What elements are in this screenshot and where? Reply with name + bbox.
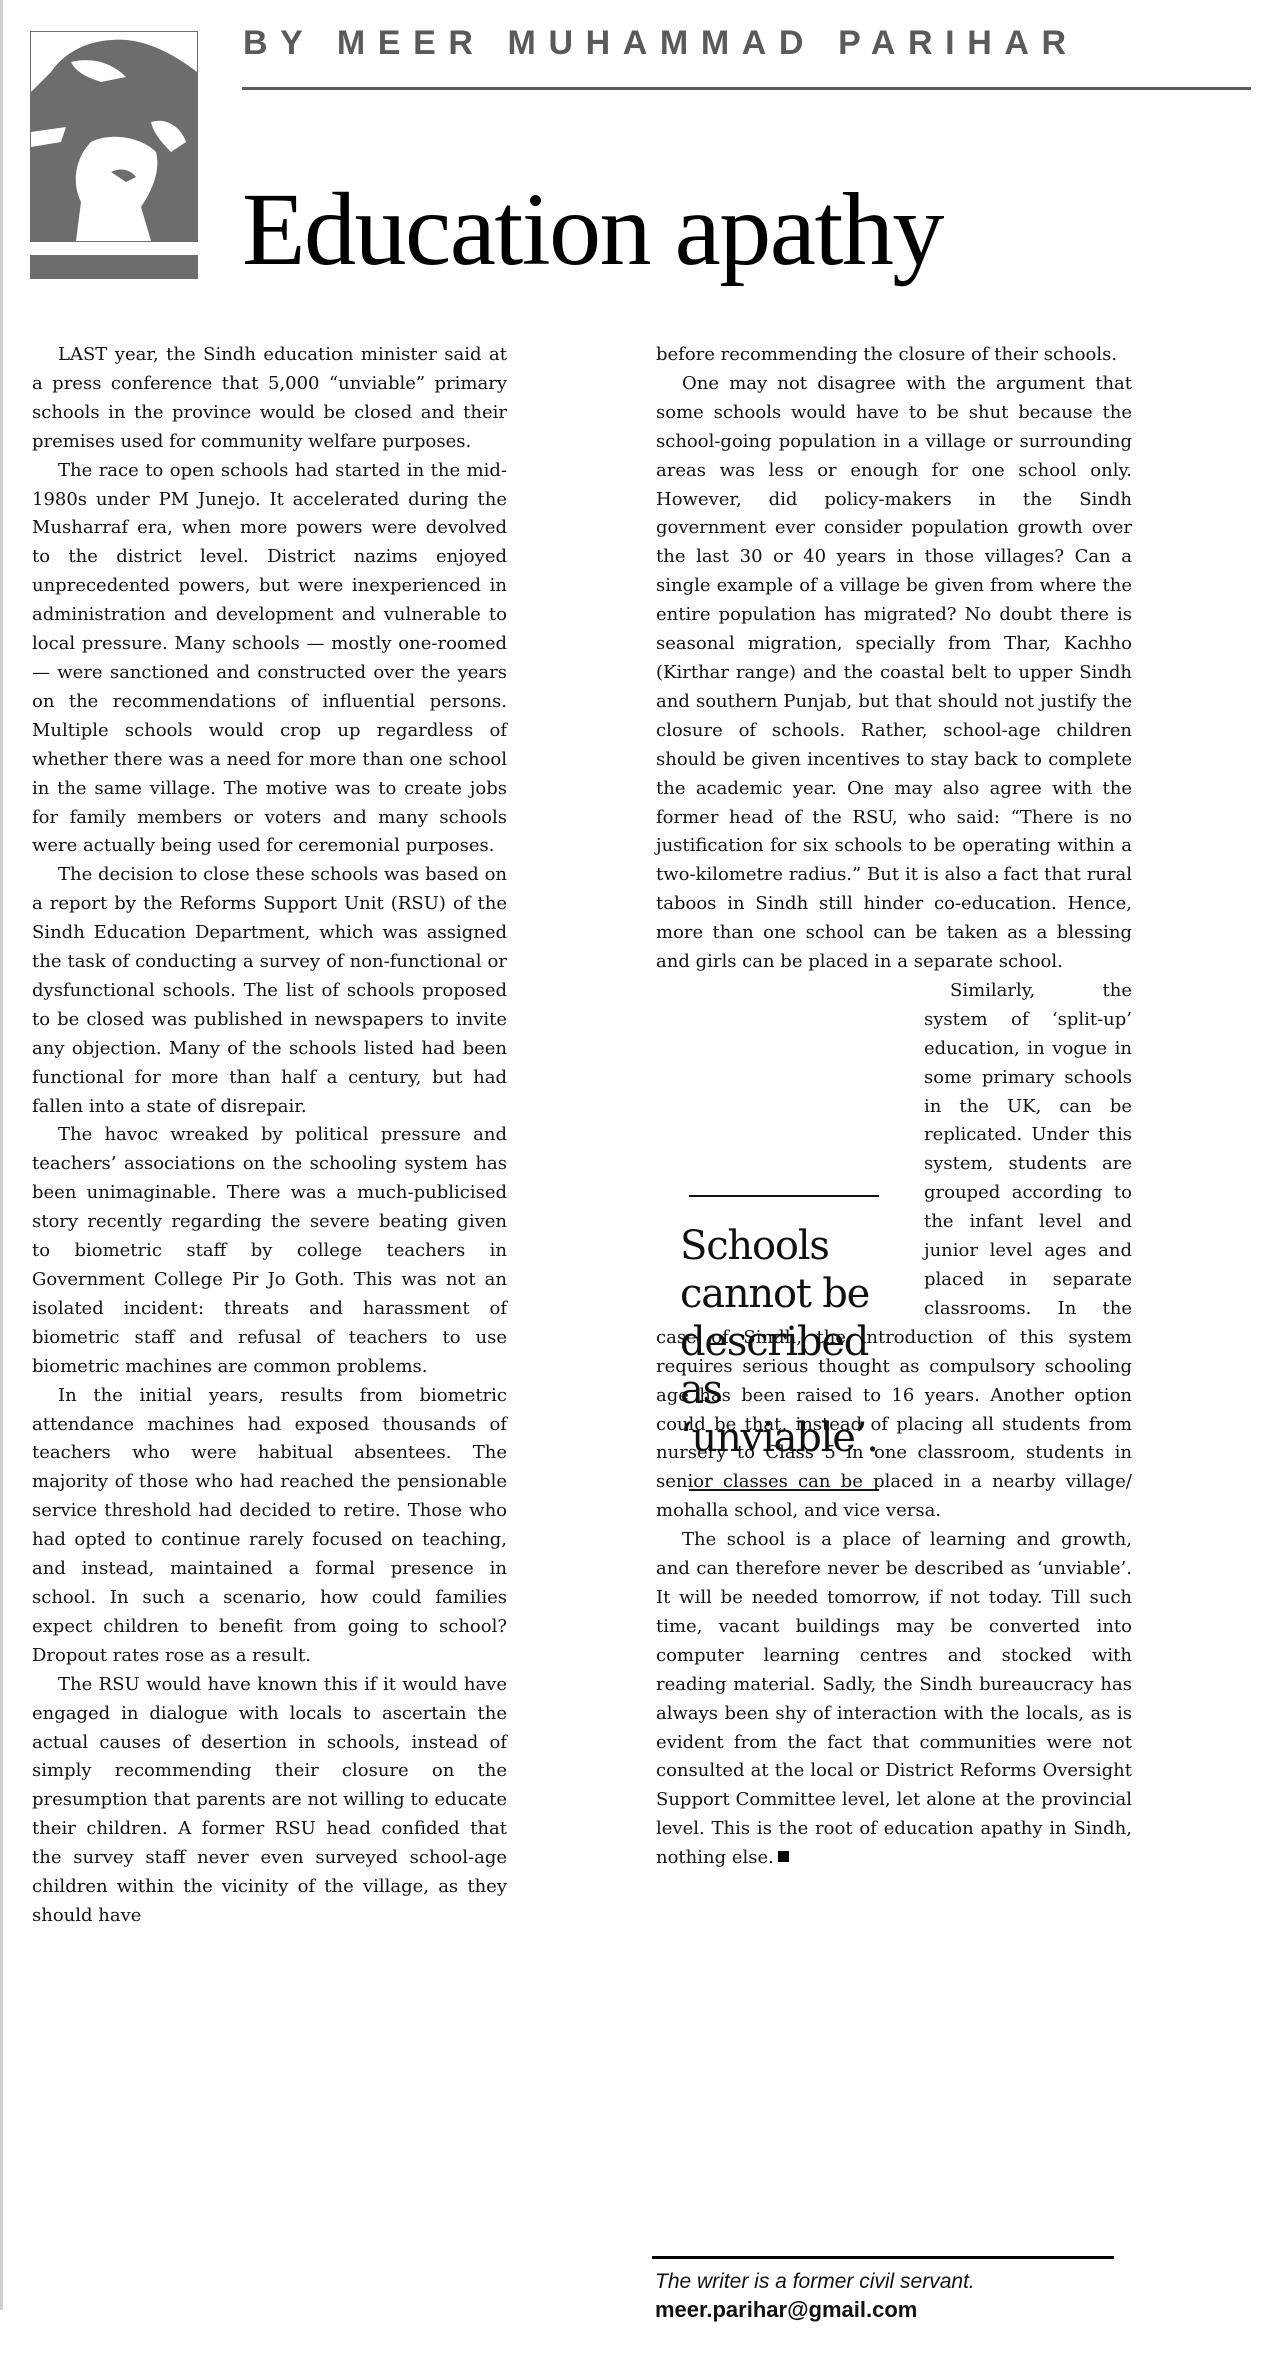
pull-quote-rule-bottom [689,1489,879,1491]
article-column-right: before recommending the closure of their… [656,341,1132,1873]
paragraph: One may not disagree with the argument t… [656,370,1132,977]
paragraph: The RSU would have known this if it woul… [32,1671,507,1931]
byline-rule [242,87,1251,90]
paragraph: The havoc wreaked by political pressure … [32,1121,507,1381]
article-column-left: LAST year, the Sindh education minister … [32,341,507,1931]
page-title: Education apathy [242,175,943,285]
author-portrait-icon [31,32,197,241]
paragraph: In the initial years, results from biome… [32,1382,507,1671]
photo-caption-bar [30,255,198,279]
paragraph-text: The school is a place of learning and gr… [656,1529,1132,1868]
paragraph: The school is a place of learning and gr… [656,1526,1132,1873]
pull-quote-text: Schools cannot be described as ‘unviable… [680,1222,920,1462]
paragraph: before recommending the closure of their… [656,341,1132,370]
page-edge-divider [0,0,3,2310]
paragraph: LAST year, the Sindh education minister … [32,341,507,457]
paragraph: The race to open schools had started in … [32,457,507,862]
end-mark-icon [778,1851,789,1862]
byline: BY MEER MUHAMMAD PARIHAR [243,24,1079,63]
pull-quote: Schools cannot be described as ‘unviable… [680,1195,920,1491]
author-note: The writer is a former civil servant. [655,2270,975,2294]
pull-quote-rule-top [689,1195,879,1197]
author-email-link[interactable]: meer.parihar@gmail.com [655,2297,917,2323]
author-photo [30,31,198,242]
footer-rule [652,2256,1114,2259]
paragraph: The decision to close these schools was … [32,861,507,1121]
